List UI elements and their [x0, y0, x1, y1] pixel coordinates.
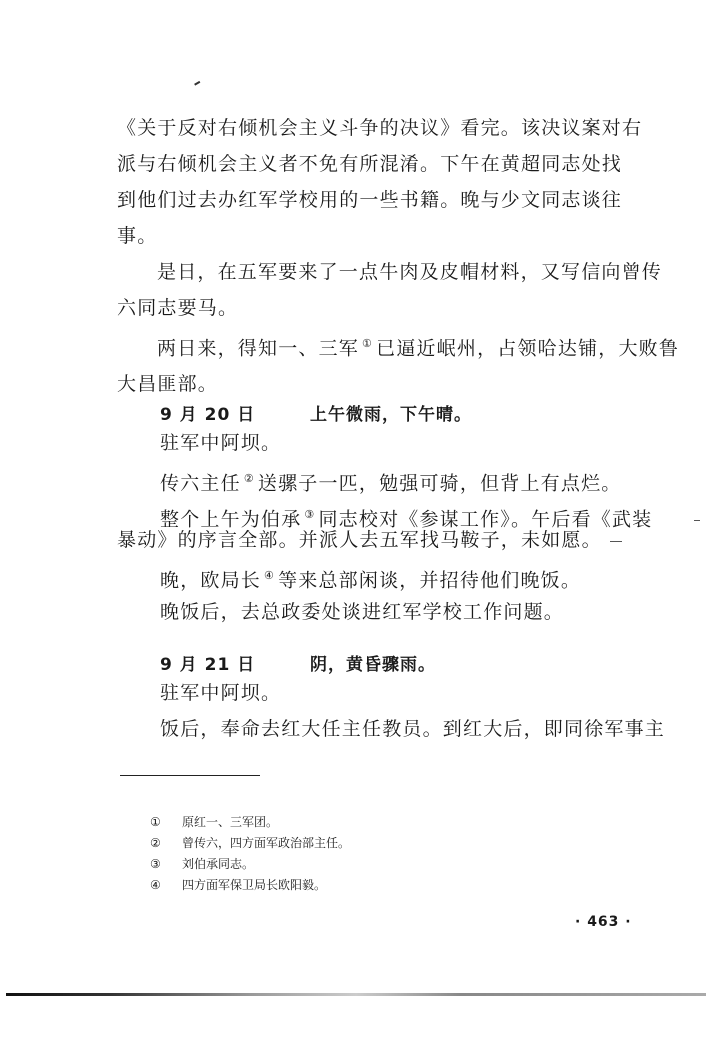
- footnote-number: ②: [150, 833, 182, 854]
- text-line: 两日来，得知一、三军①已逼近岷州，占领哈达铺，大败鲁: [117, 326, 655, 366]
- footnote-text: 四方面军保卫局长欧阳毅。: [182, 875, 326, 896]
- stray-tick: [694, 520, 700, 521]
- entry-date: 9 月 20 日: [160, 405, 255, 425]
- text-line: 《关于反对右倾机会主义斗争的决议》看完。该决议案对右: [117, 110, 655, 146]
- page-number: · 463 ·: [575, 914, 632, 930]
- entry-weather: 上午微雨，下午晴。: [310, 400, 472, 425]
- text-line: 是日，在五军要来了一点牛肉及皮帽材料，又写信向曾传: [117, 254, 655, 290]
- entry-text: 驻军中阿坝。: [160, 675, 281, 711]
- footnote-text: 曾传六，四方面军政治部主任。: [182, 833, 350, 854]
- text-fragment: 送骡子一匹，勉强可骑，但背上有点烂。: [258, 472, 622, 494]
- text-fragment: 等来总部闲谈，并招待他们晚饭。: [278, 569, 581, 591]
- diary-continuation: 《关于反对右倾机会主义斗争的决议》看完。该决议案对右 派与右倾机会主义者不免有所…: [117, 110, 655, 402]
- text-fragment: 晚，欧局长: [160, 569, 261, 591]
- footnote-ref: ④: [264, 569, 275, 582]
- paragraph: 《关于反对右倾机会主义斗争的决议》看完。该决议案对右 派与右倾机会主义者不免有所…: [117, 110, 655, 254]
- stray-mark: [194, 81, 202, 88]
- entry-header-sep20: 9 月 20 日 上午微雨，下午晴。: [160, 400, 255, 425]
- entry-text: 传六主任②送骡子一匹，勉强可骑，但背上有点烂。: [160, 461, 621, 501]
- paragraph: 两日来，得知一、三军①已逼近岷州，占领哈达铺，大败鲁 大昌匪部。: [117, 326, 655, 402]
- paragraph: 是日，在五军要来了一点牛肉及皮帽材料，又写信向曾传 六同志要马。: [117, 254, 655, 326]
- text-fragment: 两日来，得知一、三军: [157, 337, 359, 359]
- entry-text: 晚饭后，去总政委处谈进红军学校工作问题。: [160, 594, 564, 630]
- footnote-rule: [120, 775, 260, 776]
- footnote-text: 刘伯承同志。: [182, 854, 254, 875]
- entry-text: 晚，欧局长④等来总部闲谈，并招待他们晚饭。: [160, 558, 581, 598]
- text-line: 事。: [117, 218, 655, 254]
- footnote-ref: ①: [362, 337, 373, 350]
- footnote-number: ③: [150, 854, 182, 875]
- entry-weather: 阴，黄昏骤雨。: [310, 650, 436, 675]
- entry-header-sep21: 9 月 21 日 阴，黄昏骤雨。: [160, 650, 255, 675]
- footnotes: ①原红一、三军团。 ②曾传六，四方面军政治部主任。 ③刘伯承同志。 ④四方面军保…: [150, 812, 350, 896]
- footnote-number: ④: [150, 875, 182, 896]
- footnote-ref: ③: [304, 508, 315, 521]
- footnote-ref: ②: [244, 472, 255, 485]
- text-line: 到他们过去办红军学校用的一些书籍。晚与少文同志谈往: [117, 182, 655, 218]
- footnote: ③刘伯承同志。: [150, 854, 350, 875]
- entry-text: 驻军中阿坝。: [160, 425, 281, 461]
- text-line: 六同志要马。: [117, 290, 655, 326]
- text-fragment: 已逼近岷州，占领哈达铺，大败鲁: [376, 337, 679, 359]
- footnote-number: ①: [150, 812, 182, 833]
- text-line: 大昌匪部。: [117, 366, 655, 402]
- footnote: ④四方面军保卫局长欧阳毅。: [150, 875, 350, 896]
- text-line: 派与右倾机会主义者不免有所混淆。下午在黄超同志处找: [117, 146, 655, 182]
- footnote: ②曾传六，四方面军政治部主任。: [150, 833, 350, 854]
- scan-edge-line: [6, 993, 706, 996]
- entry-date: 9 月 21 日: [160, 655, 255, 675]
- stray-dash: [610, 541, 622, 542]
- footnote-text: 原红一、三军团。: [182, 812, 278, 833]
- footnote: ①原红一、三军团。: [150, 812, 350, 833]
- text-fragment: 传六主任: [160, 472, 241, 494]
- entry-text: 饭后，奉命去红大任主任教员。到红大后，即同徐军事主: [160, 711, 665, 747]
- book-page: 《关于反对右倾机会主义斗争的决议》看完。该决议案对右 派与右倾机会主义者不免有所…: [0, 0, 710, 1057]
- entry-text: 暴动》的序言全部。并派人去五军找马鞍子，未如愿。: [117, 522, 602, 558]
